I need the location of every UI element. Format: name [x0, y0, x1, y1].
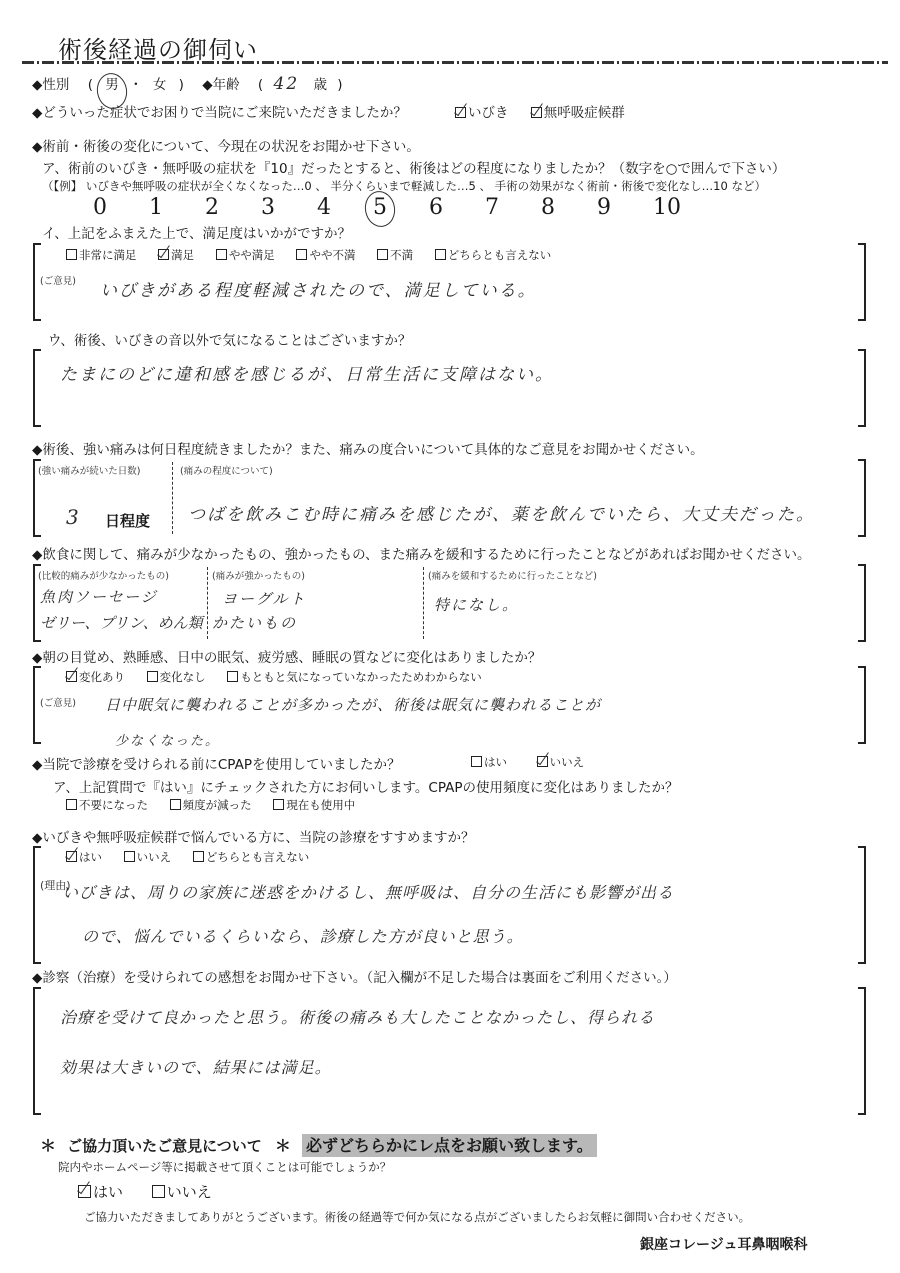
satisfaction-option[interactable]: やや不満	[296, 248, 355, 262]
scale-1[interactable]: 1	[149, 195, 205, 220]
header-divider	[22, 61, 888, 64]
change-heading: ◆術前・術後の変化について、今現在の状況をお聞かせ下さい。	[32, 135, 420, 155]
satisfaction-option[interactable]: 不満	[377, 248, 413, 262]
cpap-sub-option[interactable]: 不要になった	[66, 798, 148, 812]
satisfaction-comment[interactable]: いびきがある程度軽減されたので、満足している。	[100, 276, 537, 301]
checkbox-icon[interactable]	[193, 851, 204, 862]
column-divider	[207, 567, 208, 639]
impression-question: ◆診察（治療）を受けられての感想をお聞かせ下さい。（記入欄が不足した場合は裏面を…	[32, 966, 677, 986]
consent-option-no[interactable]: いいえ	[152, 1183, 212, 1201]
age-label: ◆年齢	[202, 77, 239, 93]
change-example: （【例】 いびきや無呼吸の症状が全くなくなった…0 、 半分くらいまで軽減した……	[42, 178, 766, 194]
sleep-question: ◆朝の目覚め、熟睡感、日中の眠気、疲労感、睡眠の質などに変化はありましたか？	[32, 646, 541, 666]
bracket-right	[858, 666, 866, 744]
cpap-question-a: ア、上記質問で『はい』にチェックされた方にお伺いします。CPAPの使用頻度に変化…	[53, 776, 679, 796]
consent-heading-row: ＊ ご協力頂いたご意見について ＊ 必ずどちらかにレ点をお願い致します。	[40, 1133, 597, 1156]
checkbox-icon[interactable]	[152, 1185, 165, 1198]
relief-label: (痛みを緩和するために行ったことなど)	[428, 568, 597, 582]
scale-0[interactable]: 0	[93, 195, 149, 220]
scale-3[interactable]: 3	[261, 195, 317, 220]
satisfaction-option[interactable]: どちらとも言えない	[435, 248, 552, 262]
change-scale: 012345678910	[93, 195, 709, 220]
satisfaction-question: イ、上記をふまえた上で、満足度はいかがですか？	[42, 222, 351, 242]
satisfaction-option[interactable]: 非常に満足	[66, 248, 137, 262]
checkbox-checked-icon[interactable]	[66, 851, 77, 862]
bracket-right	[858, 459, 866, 537]
column-divider	[172, 462, 173, 534]
pain-days-field[interactable]: 3	[66, 505, 81, 529]
bracket-right	[858, 349, 866, 427]
cpap-sub-option[interactable]: 頻度が減った	[170, 798, 252, 812]
checkbox-checked-icon[interactable]	[455, 107, 466, 118]
cpap-sub-option[interactable]: 現在も使用中	[273, 798, 355, 812]
consent-notice: 必ずどちらかにレ点をお願い致します。	[302, 1134, 597, 1157]
consent-option-yes[interactable]: はい	[78, 1183, 123, 1201]
checkbox-icon[interactable]	[170, 799, 181, 810]
strong-pain-line2[interactable]: かたいもの	[212, 612, 297, 633]
bracket-right	[858, 846, 866, 964]
sleep-comment-line1[interactable]: 日中眠気に襲われることが多かったが、術後は眠気に襲われることが	[105, 694, 601, 715]
checkbox-checked-icon[interactable]	[158, 249, 169, 260]
sleep-option[interactable]: もともと気になっていなかったためわからない	[227, 670, 482, 684]
cpap-question: ◆当院で診療を受けられる前にCPAPを使用していましたか？	[32, 753, 400, 773]
recommend-reason-line1[interactable]: いびきは、周りの家族に迷惑をかけるし、無呼吸は、自分の生活にも影響が出る	[62, 880, 674, 903]
checkbox-icon[interactable]	[296, 249, 307, 260]
sleep-options: 変化あり 変化なし もともと気になっていなかったためわからない	[66, 669, 500, 685]
scale-2[interactable]: 2	[205, 195, 261, 220]
checkbox-icon[interactable]	[216, 249, 227, 260]
less-pain-line1[interactable]: 魚肉ソーセージ	[40, 586, 158, 607]
gender-label: ◆性別	[32, 77, 69, 93]
gender-female-option[interactable]: 女	[153, 77, 167, 93]
satisfaction-comment-label: (ご意見)	[40, 273, 76, 287]
strong-pain-line1[interactable]: ヨーグルト	[222, 588, 307, 609]
cpap-option-no[interactable]: いいえ	[537, 755, 585, 769]
bracket-left	[33, 349, 41, 427]
other-concerns-answer[interactable]: たまにのどに違和感を感じるが、日常生活に支障はない。	[60, 360, 554, 385]
pain-days-unit: 日程度	[105, 510, 150, 531]
asterisk-icon: ＊	[275, 1136, 291, 1155]
checkbox-checked-icon[interactable]	[537, 756, 548, 767]
checkbox-checked-icon[interactable]	[66, 671, 77, 682]
recommend-option[interactable]: どちらとも言えない	[193, 850, 310, 864]
sleep-option[interactable]: 変化なし	[147, 670, 206, 684]
checkbox-icon[interactable]	[147, 671, 158, 682]
impression-answer-line2[interactable]: 効果は大きいので、結果には満足。	[60, 1055, 332, 1078]
sleep-comment-line2[interactable]: 少なくなった。	[115, 730, 220, 749]
bracket-right	[858, 987, 866, 1115]
symptoms-options: いびき 無呼吸症候群	[455, 101, 643, 121]
bracket-right	[858, 243, 866, 321]
checkbox-icon[interactable]	[377, 249, 388, 260]
consent-options: はい いいえ	[78, 1181, 230, 1202]
scale-10[interactable]: 10	[653, 195, 709, 220]
checkbox-icon[interactable]	[124, 851, 135, 862]
checkbox-icon[interactable]	[227, 671, 238, 682]
pain-days-label: (強い痛みが続いた日数)	[38, 463, 140, 477]
food-question: ◆飲食に関して、痛みが少なかったもの、強かったもの、また痛みを緩和するために行っ…	[32, 543, 811, 563]
pain-question: ◆術後、強い痛みは何日程度続きましたか？また、痛みの度合いについて具体的なご意見…	[32, 438, 704, 458]
scale-6[interactable]: 6	[429, 195, 485, 220]
checkbox-checked-icon[interactable]	[78, 1185, 91, 1198]
symptoms-question: ◆どういった症状でお困りで当院にご来院いただきましたか？	[32, 101, 407, 121]
recommend-question: ◆いびきや無呼吸症候群で悩んでいる方に、当院の診療をすすめますか？	[32, 826, 475, 846]
scale-7[interactable]: 7	[485, 195, 541, 220]
less-pain-line2[interactable]: ゼリー、プリン、めん類	[40, 612, 203, 633]
satisfaction-option[interactable]: 満足	[158, 248, 194, 262]
strong-pain-label: (痛みが強かったもの)	[212, 568, 305, 582]
column-divider	[423, 567, 424, 639]
symptom-option-snoring[interactable]: いびき	[455, 105, 509, 121]
pain-degree-answer[interactable]: つばを飲みこむ時に痛みを感じたが、薬を飲んでいたら、大丈夫だった。	[188, 500, 815, 525]
age-field[interactable]: 42	[274, 74, 300, 94]
impression-answer-line1[interactable]: 治療を受けて良かったと思う。術後の痛みも大したことなかったし、得られる	[60, 1005, 655, 1028]
clinic-name: 銀座コレージュ耳鼻咽喉科	[640, 1234, 807, 1254]
bracket-right	[858, 564, 866, 642]
scale-8[interactable]: 8	[541, 195, 597, 220]
consent-question: 院内やホームページ等に掲載させて頂くことは可能でしょうか？	[58, 1159, 391, 1175]
recommend-reason-line2[interactable]: ので、悩んでいるくらいなら、診療した方が良いと思う。	[82, 924, 524, 947]
scale-9[interactable]: 9	[597, 195, 653, 220]
page-title: 術後経過の御伺い	[58, 30, 258, 65]
less-pain-label: (比較的痛みが少なかったもの)	[38, 568, 169, 582]
cpap-options: はい いいえ	[471, 754, 602, 770]
other-concerns-question: ウ、術後、いびきの音以外で気になることはございますか？	[48, 329, 411, 349]
checkbox-checked-icon[interactable]	[531, 107, 542, 118]
sleep-option[interactable]: 変化あり	[66, 670, 125, 684]
recommend-option[interactable]: はい	[66, 850, 102, 864]
symptom-option-apnea[interactable]: 無呼吸症候群	[531, 105, 625, 121]
checkbox-icon[interactable]	[435, 249, 446, 260]
cpap-option-yes[interactable]: はい	[471, 755, 507, 769]
pain-degree-label: (痛みの程度について)	[180, 463, 273, 477]
change-question-a: ア、術前のいびき・無呼吸の症状を『10』だったとすると、術後はどの程度になりまし…	[42, 157, 785, 177]
scale-5-selected[interactable]: 5	[373, 195, 429, 220]
cpap-sub-options: 不要になった 頻度が減った 現在も使用中	[66, 797, 373, 813]
checkbox-icon[interactable]	[273, 799, 284, 810]
recommend-option[interactable]: いいえ	[124, 850, 172, 864]
satisfaction-option[interactable]: やや満足	[216, 248, 275, 262]
asterisk-icon: ＊	[40, 1136, 56, 1155]
satisfaction-options: 非常に満足 満足 やや満足 やや不満 不満 どちらとも言えない	[66, 247, 569, 263]
bracket-left	[33, 846, 41, 964]
checkbox-icon[interactable]	[66, 799, 77, 810]
recommend-options: はい いいえ どちらとも言えない	[66, 849, 327, 865]
checkbox-icon[interactable]	[66, 249, 77, 260]
consent-heading: ご協力頂いたご意見について	[67, 1137, 262, 1155]
gender-male-option[interactable]: 男	[105, 77, 119, 93]
profile-row: ◆性別 ( 男 ・ 女 ) ◆年齢 ( 42 歳 )	[32, 73, 343, 94]
relief-answer[interactable]: 特になし。	[434, 594, 519, 615]
checkbox-icon[interactable]	[471, 756, 482, 767]
sleep-comment-label: (ご意見)	[40, 695, 76, 709]
consent-thanks: ご協力いただきましてありがとうございます。術後の経過等で何か気になる点がございま…	[84, 1209, 750, 1225]
bracket-left	[33, 987, 41, 1115]
